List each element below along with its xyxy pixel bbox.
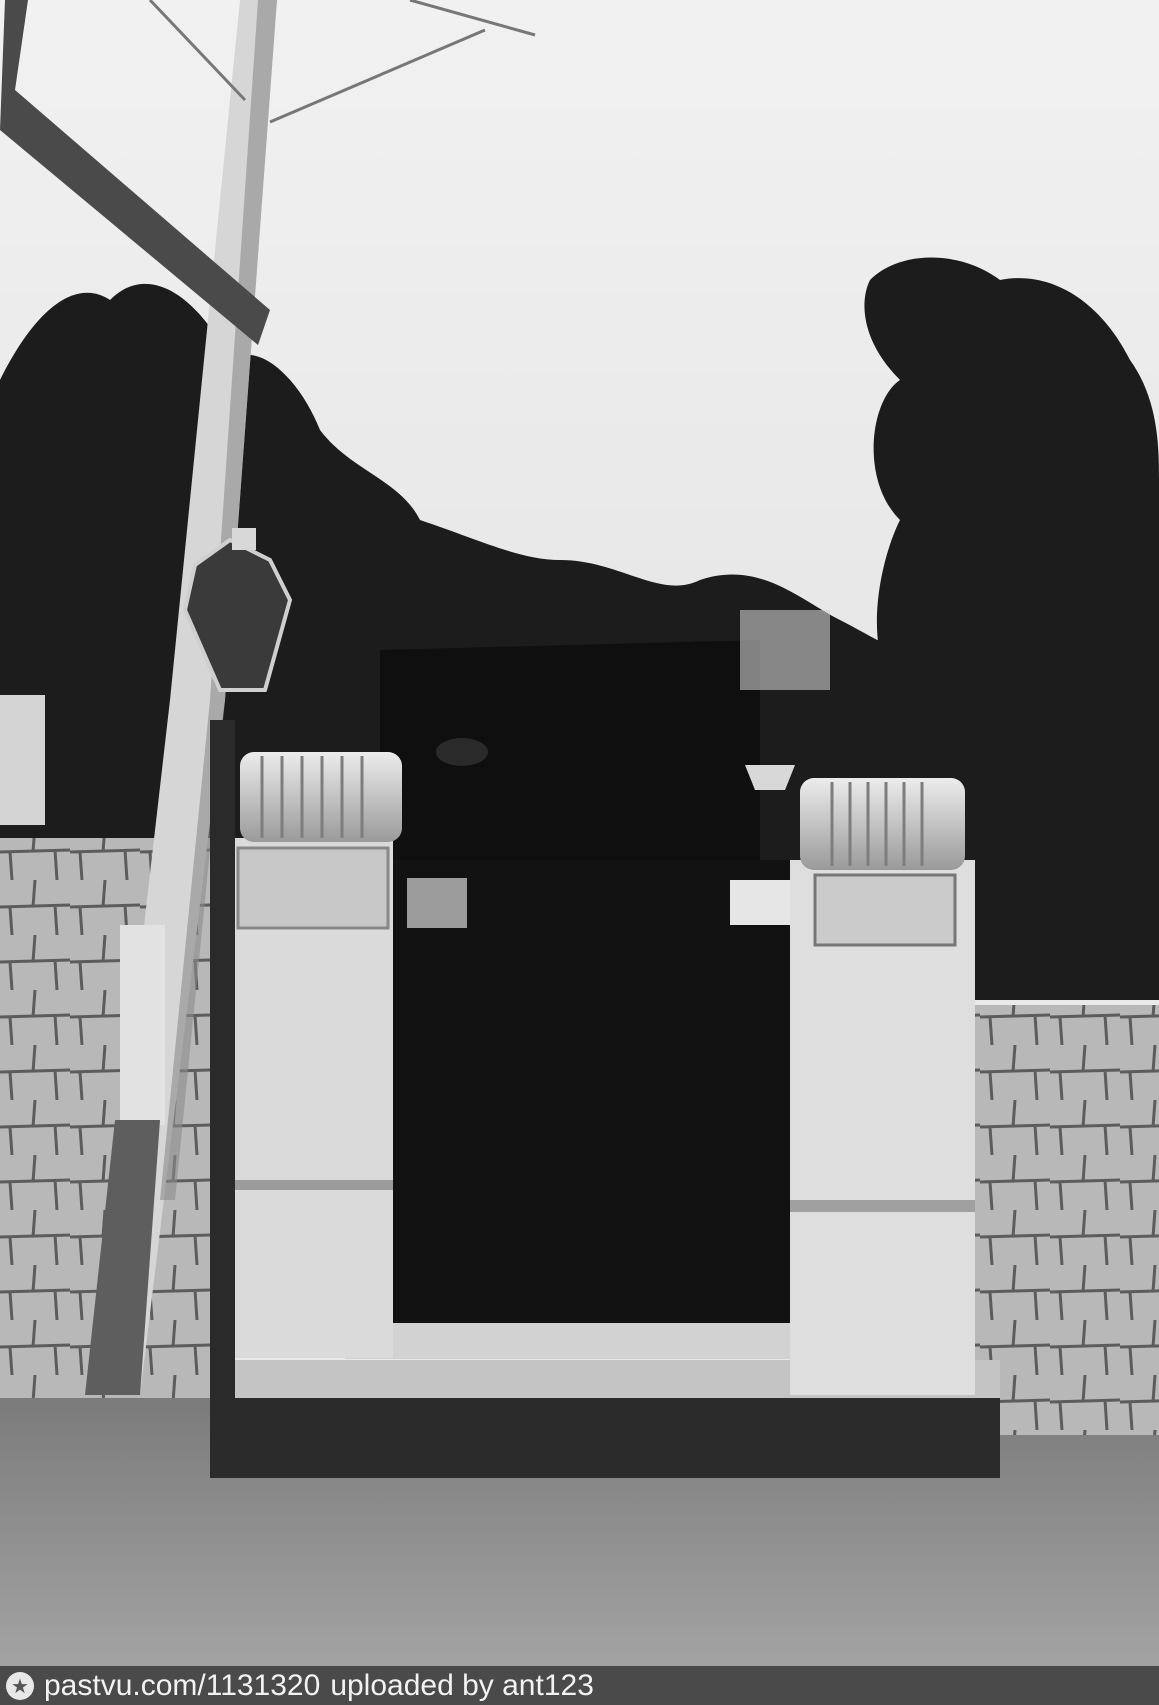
historical-photo: ★ pastvu.com/1131320 uploaded by ant123 (0, 0, 1159, 1705)
star-in-circle-icon: ★ (6, 1672, 34, 1700)
watermark-site: pastvu.com/1131320 (44, 1669, 320, 1703)
pillar-left (213, 752, 402, 1358)
gate-sign-right (730, 880, 795, 925)
urn-left (436, 738, 488, 766)
gate-opening (375, 860, 795, 1350)
distant-building (740, 610, 830, 690)
watermark-uploader: uploaded by ant123 (330, 1669, 594, 1703)
pillar-right (790, 778, 975, 1395)
step-shadow (210, 1398, 1000, 1478)
fence-sign (0, 695, 45, 825)
photo-scene (0, 0, 1159, 1705)
gate-sign-left (407, 878, 467, 928)
step-upper (345, 1323, 810, 1359)
watermark-bar: ★ pastvu.com/1131320 uploaded by ant123 (0, 1666, 1159, 1705)
